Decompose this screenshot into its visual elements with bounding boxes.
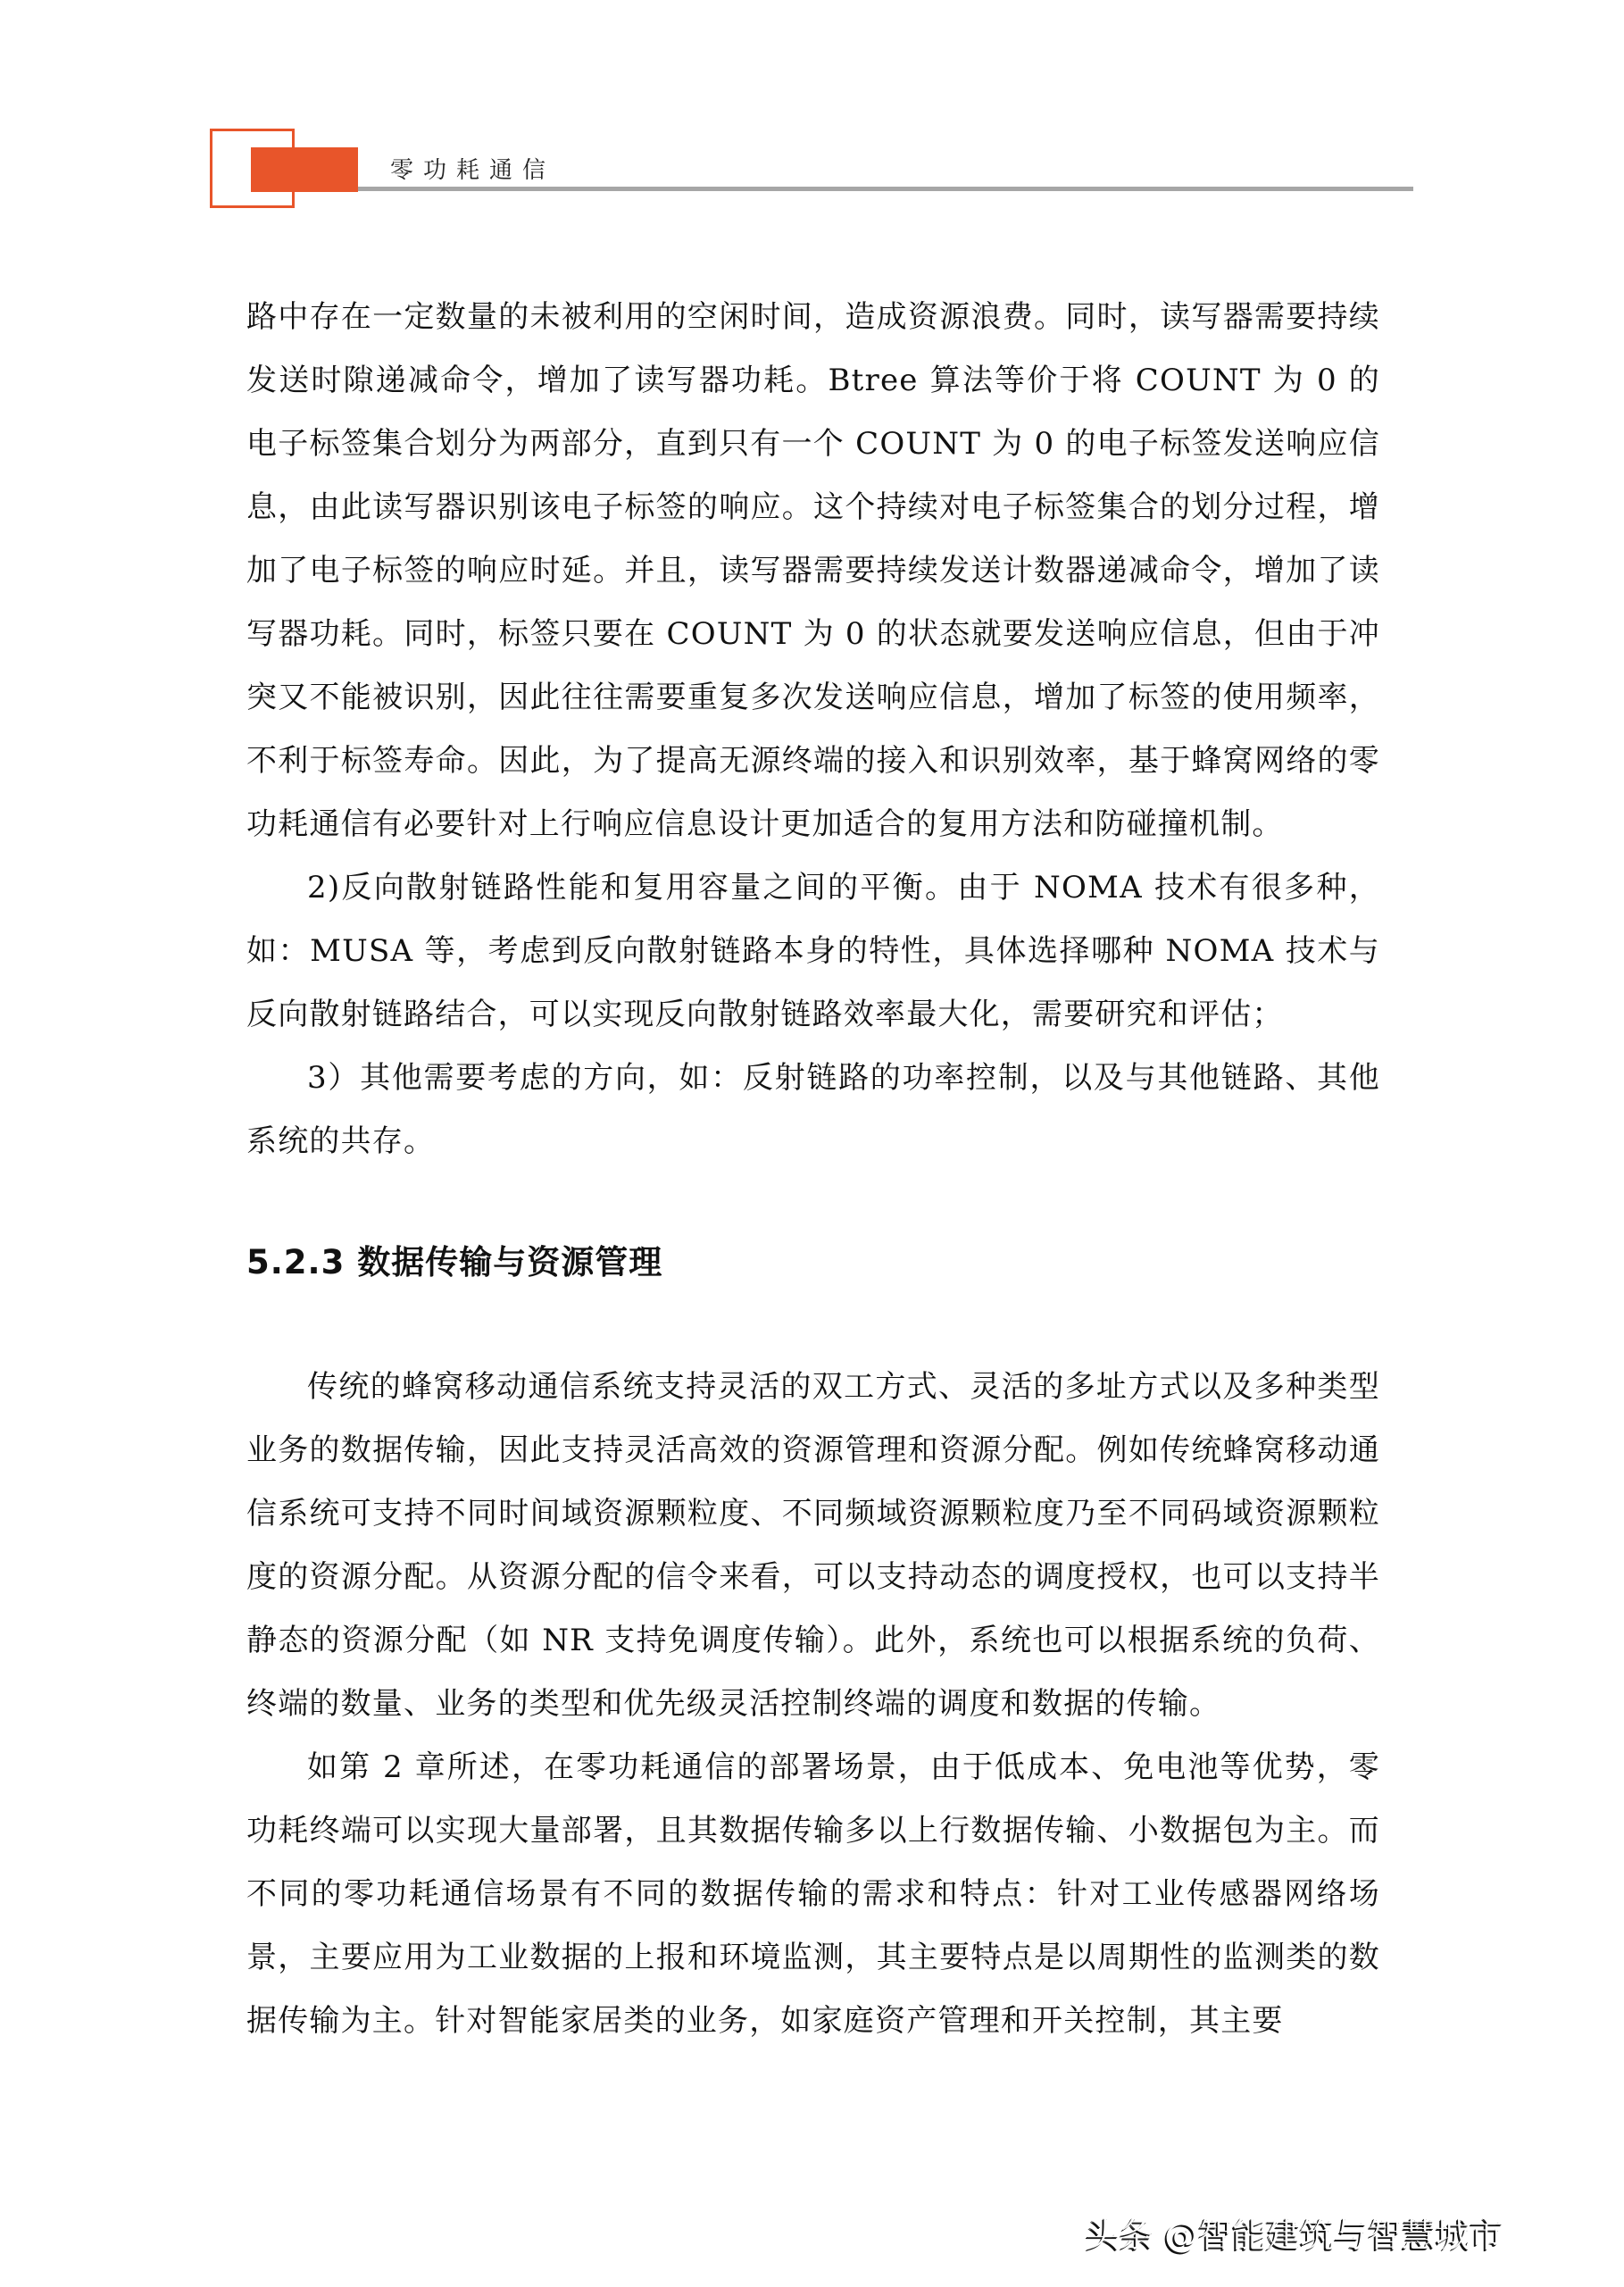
intro-text-block: 路中存在一定数量的未被利用的空闲时间，造成资源浪费。同时，读写器需要持续发送时隙… [246, 286, 1380, 1173]
section-heading-5-2-3: 5.2.3 数据传输与资源管理 [246, 1239, 662, 1286]
header-rule-line [358, 187, 1413, 191]
watermark-toutiao: 头条 @智能建筑与智慧城市 [1086, 2208, 1503, 2257]
paragraph-item-3: 3）其他需要考虑的方向，如：反射链路的功率控制，以及与其他链路、其他系统的共存。 [246, 1047, 1380, 1173]
running-header-title: 零功耗通信 [390, 155, 555, 186]
paragraph-zero-power-scenarios: 如第 2 章所述，在零功耗通信的部署场景，由于低成本、免电池等优势，零功耗终端可… [246, 1736, 1380, 2053]
header-accent-block [251, 147, 358, 192]
paragraph-continued: 路中存在一定数量的未被利用的空闲时间，造成资源浪费。同时，读写器需要持续发送时隙… [246, 286, 1380, 856]
paragraph-resource-management: 传统的蜂窝移动通信系统支持灵活的双工方式、灵活的多址方式以及多种类型业务的数据传… [246, 1356, 1380, 1736]
section-5-2-3-body: 传统的蜂窝移动通信系统支持灵活的双工方式、灵活的多址方式以及多种类型业务的数据传… [246, 1356, 1380, 2053]
paragraph-item-2: 2)反向散射链路性能和复用容量之间的平衡。由于 NOMA 技术有很多种，如：MU… [246, 856, 1380, 1047]
